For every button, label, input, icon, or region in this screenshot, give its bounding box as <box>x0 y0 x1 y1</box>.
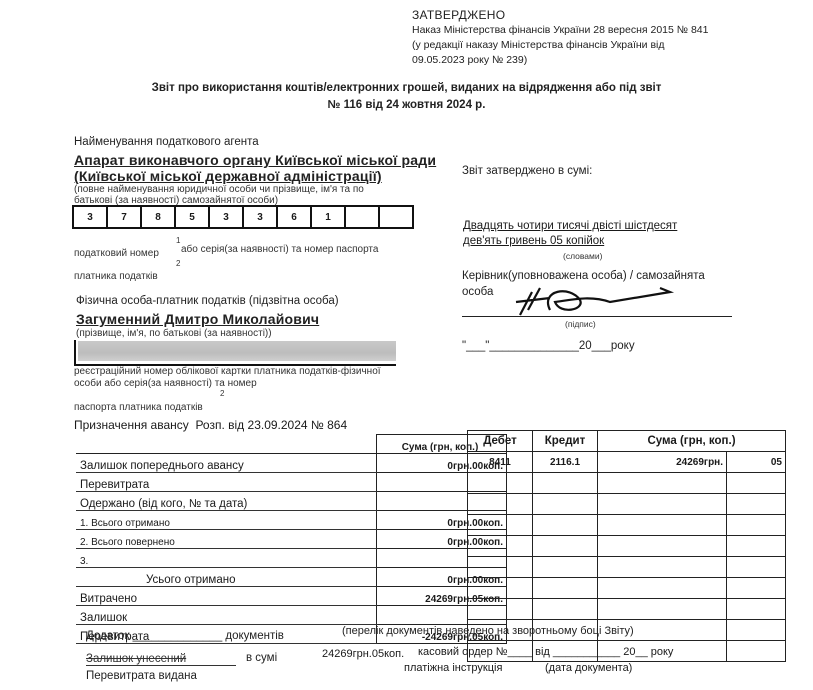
approved-sum-words-1: Двадцять чотири тисячі двісті шістдесят <box>463 220 677 232</box>
sum-uah-cell <box>598 536 727 557</box>
credit-cell <box>533 473 598 494</box>
signature <box>510 280 680 320</box>
row-label: Залишок попереднього авансу <box>76 454 377 473</box>
sum-kop-cell: 05 <box>727 452 786 473</box>
tax-number-label: податковий номер <box>74 248 159 259</box>
approved-sum-words-2: дев'ять гривень 05 копійок <box>463 235 604 247</box>
sum-kop-cell <box>727 473 786 494</box>
sum-uah-cell <box>598 473 727 494</box>
attachment-line: Додаток ______________ документів <box>86 630 284 642</box>
person-label: Фізична особа-платник податків (підзвітн… <box>76 295 339 307</box>
row-label: 2. Всього повернено <box>76 530 377 549</box>
document-date-hint: (дата документа) <box>545 662 632 674</box>
advance-table: Сума (грн, коп.) Залишок попереднього ав… <box>76 434 507 644</box>
table-row <box>468 536 786 557</box>
credit-cell <box>533 515 598 536</box>
footnote-2b: 2 <box>220 389 224 398</box>
in-sum-label: в сумі <box>246 652 277 664</box>
table-row: Одержано (від кого, № та дата) <box>76 492 507 511</box>
debit-cell <box>468 578 533 599</box>
debit-cell <box>468 494 533 515</box>
words-hint: (словами) <box>563 251 602 261</box>
table-row: 2. Всього повернено0грн.00коп. <box>76 530 507 549</box>
sum-uah-cell: 24269грн. <box>598 452 727 473</box>
footer-amount: 24269грн.05коп. <box>322 648 404 660</box>
tax-number-or-passport: або серія(за наявності) та номер паспорт… <box>181 244 378 255</box>
agent-label: Найменування податкового агента <box>74 136 259 148</box>
sum-uah-cell <box>598 557 727 578</box>
approval-heading: ЗАТВЕРДЖЕНО <box>412 8 708 23</box>
credit-header: Кредит <box>533 431 598 452</box>
person-hint: (прізвище, ім'я, по батькові (за наявнос… <box>76 328 272 339</box>
table-row <box>468 557 786 578</box>
tax-digit-cell: 3 <box>74 207 108 227</box>
credit-cell: 2116.1 <box>533 452 598 473</box>
table-row: Перевитрата <box>76 473 507 492</box>
sum-kop-cell <box>727 536 786 557</box>
footnote-2: 2 <box>176 259 180 268</box>
signature-hint: (підпис) <box>565 319 596 329</box>
tax-digit-cell: 5 <box>176 207 210 227</box>
row-label: Перевитрата <box>76 473 377 492</box>
table-row: Витрачено24269грн.05коп. <box>76 587 507 606</box>
approval-edition-date: 09.05.2023 року № 239) <box>412 53 708 68</box>
sum-header-right: Сума (грн, коп.) <box>598 431 786 452</box>
row-label: Усього отримано <box>76 568 377 587</box>
table-row: 84112116.124269грн.05 <box>468 452 786 473</box>
tax-payer-label: платника податків <box>74 271 158 282</box>
table-row: 1. Всього отримано0грн.00коп. <box>76 511 507 530</box>
tax-digit-cell: 3 <box>210 207 244 227</box>
agent-name-line2: (Київської міської державної адміністрац… <box>74 168 382 184</box>
tax-digit-cell: 8 <box>142 207 176 227</box>
row-label: Одержано (від кого, № та дата) <box>76 492 377 511</box>
tax-digit-cell: 1 <box>312 207 346 227</box>
credit-cell <box>533 578 598 599</box>
sum-kop-cell <box>727 620 786 641</box>
cash-order-line: касовий ордер №____ від ___________ 20__… <box>418 646 673 658</box>
report-title: Звіт про використання коштів/електронних… <box>0 80 813 114</box>
debit-cell <box>468 557 533 578</box>
approval-order: Наказ Міністерства фінансів України 28 в… <box>412 23 708 38</box>
remainder-deposited-struck: Залишок унесений <box>86 653 186 665</box>
agent-hint-1: (повне найменування юридичної особи чи п… <box>74 184 364 195</box>
table-row: Усього отримано0грн.00коп. <box>76 568 507 587</box>
table-row <box>468 599 786 620</box>
debit-cell: 8411 <box>468 452 533 473</box>
payment-instruction: платіжна інструкція <box>404 662 502 674</box>
signature-line <box>462 316 732 317</box>
person-name: Загуменний Дмитро Миколайович <box>76 311 319 327</box>
row-label: Залишок <box>76 606 377 625</box>
sum-kop-cell <box>727 515 786 536</box>
credit-cell <box>533 494 598 515</box>
tax-digit-cell: 3 <box>244 207 278 227</box>
table-row <box>468 494 786 515</box>
redacted-area <box>78 341 396 361</box>
debit-cell <box>468 473 533 494</box>
advance-purpose: Призначення авансу Розп. від 23.09.2024 … <box>74 418 347 432</box>
sum-kop-cell <box>727 641 786 662</box>
table-row <box>468 515 786 536</box>
approved-sum-label: Звіт затверджено в сумі: <box>462 165 592 177</box>
sum-kop-cell <box>727 494 786 515</box>
agent-tax-number-cells: 37853361 <box>72 205 414 229</box>
sum-kop-cell <box>727 599 786 620</box>
docs-note: (перелік документів наведено на зворотнь… <box>342 625 634 637</box>
row-label: 1. Всього отримано <box>76 511 377 530</box>
tax-digit-cell: 6 <box>278 207 312 227</box>
table-row: Залишок <box>76 606 507 625</box>
sum-uah-cell <box>598 578 727 599</box>
reg-number-label-3: паспорта платника податків <box>74 402 203 413</box>
advance-purpose-value: Розп. від 23.09.2024 № 864 <box>195 418 347 432</box>
table-row: 3. <box>76 549 507 568</box>
table-row: Залишок попереднього авансу0грн.00коп. <box>76 454 507 473</box>
approval-edition: (у редакції наказу Міністерства фінансів… <box>412 38 708 53</box>
person-tax-number-cells <box>74 340 396 366</box>
sum-uah-cell <box>598 494 727 515</box>
footnote-1: 1 <box>176 236 180 245</box>
table-row <box>468 578 786 599</box>
remainder-underline <box>86 665 236 666</box>
reg-number-label-2: особи або серія(за наявності) та номер <box>74 378 257 389</box>
agent-name-line1: Апарат виконавчого органу Київської місь… <box>74 152 436 168</box>
debit-cell <box>468 515 533 536</box>
sum-uah-cell <box>598 515 727 536</box>
reg-number-label-1: реєстраційний номер облікової картки пла… <box>74 366 381 377</box>
overrun-issued: Перевитрата видана <box>86 670 197 682</box>
debit-cell <box>468 536 533 557</box>
debit-cell <box>468 599 533 620</box>
row-label: 3. <box>76 549 377 568</box>
row-label: Витрачено <box>76 587 377 606</box>
table-row <box>468 473 786 494</box>
tax-digit-cell: 7 <box>108 207 142 227</box>
tax-digit-cell <box>346 207 380 227</box>
sum-uah-cell <box>598 599 727 620</box>
advance-purpose-label: Призначення авансу <box>74 418 189 432</box>
report-number-date: № 116 від 24 жовтня 2024 р. <box>0 97 813 114</box>
report-title-line1: Звіт про використання коштів/електронних… <box>0 80 813 97</box>
credit-cell <box>533 536 598 557</box>
credit-cell <box>533 599 598 620</box>
credit-cell <box>533 557 598 578</box>
head-label-2: особа <box>462 286 493 298</box>
approval-date-line: "___"______________20___року <box>462 340 635 352</box>
sum-kop-cell <box>727 557 786 578</box>
tax-digit-cell <box>380 207 412 227</box>
sum-kop-cell <box>727 578 786 599</box>
debit-header: Дебет <box>468 431 533 452</box>
approval-stamp: ЗАТВЕРДЖЕНО Наказ Міністерства фінансів … <box>412 8 708 68</box>
